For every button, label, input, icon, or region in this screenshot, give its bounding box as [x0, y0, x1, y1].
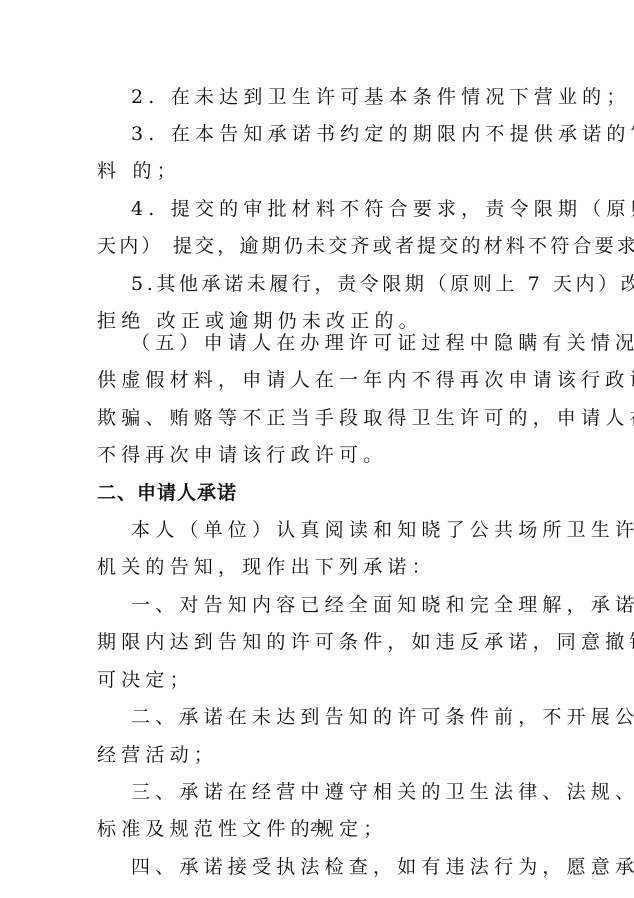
- list-item-2: 2. 在未达到卫生许可基本条件情况下营业的；: [131, 83, 541, 111]
- commitment-intro-line-1: 本人（单位）认真阅读和知晓了公共场所卫生许可审批: [131, 516, 541, 544]
- page-number: 29: [297, 820, 337, 834]
- paragraph-5-line-3: 欺骗、贿赂等不正当手段取得卫生许可的，申请人在三年内: [97, 404, 539, 432]
- paragraph-5-line-4: 不得再次申请该行政许可。: [97, 441, 539, 469]
- section-heading: 二、申请人承诺: [97, 479, 539, 507]
- list-item-3-line-1: 3. 在本告知承诺书约定的期限内不提供承诺的审批材: [131, 120, 541, 148]
- document-page: 2. 在未达到卫生许可基本条件情况下营业的； 3. 在本告知承诺书约定的期限内不…: [0, 0, 634, 898]
- list-item-5-line-1: 5.其他承诺未履行，责令限期（原则上 7 天内）改正，: [131, 270, 541, 298]
- commitment-1-line-1: 一、对告知内容已经全面知晓和完全理解，承诺在规定: [131, 591, 541, 619]
- commitment-2-line-1: 二、承诺在未达到告知的许可条件前，不开展公共场所: [131, 703, 541, 731]
- list-item-4-line-2: 天内） 提交，逾期仍未交齐或者提交的材料不符合要求的；: [97, 232, 539, 260]
- commitment-3-line-1: 三、承诺在经营中遵守相关的卫生法律、法规、规章、: [131, 778, 541, 806]
- paragraph-5-line-1: （五）申请人在办理许可证过程中隐瞒有关情况或者提: [131, 329, 541, 357]
- commitment-1-line-2: 期限内达到告知的许可条件，如违反承诺，同意撤销卫生许: [97, 628, 539, 656]
- commitment-2-line-2: 经营活动；: [97, 741, 539, 769]
- list-item-3-line-2: 料 的；: [97, 157, 539, 185]
- paragraph-5-line-2: 供虚假材料，申请人在一年内不得再次申请该行政许可；以: [97, 366, 539, 394]
- commitment-intro-line-2: 机关的告知，现作出下列承诺：: [97, 553, 539, 581]
- commitment-1-line-3: 可决定；: [97, 666, 539, 694]
- list-item-4-line-1: 4. 提交的审批材料不符合要求，责令限期（原则上 7: [131, 195, 541, 223]
- commitment-4-line-1: 四、承诺接受执法检查，如有违法行为，愿意承担相应: [131, 853, 541, 881]
